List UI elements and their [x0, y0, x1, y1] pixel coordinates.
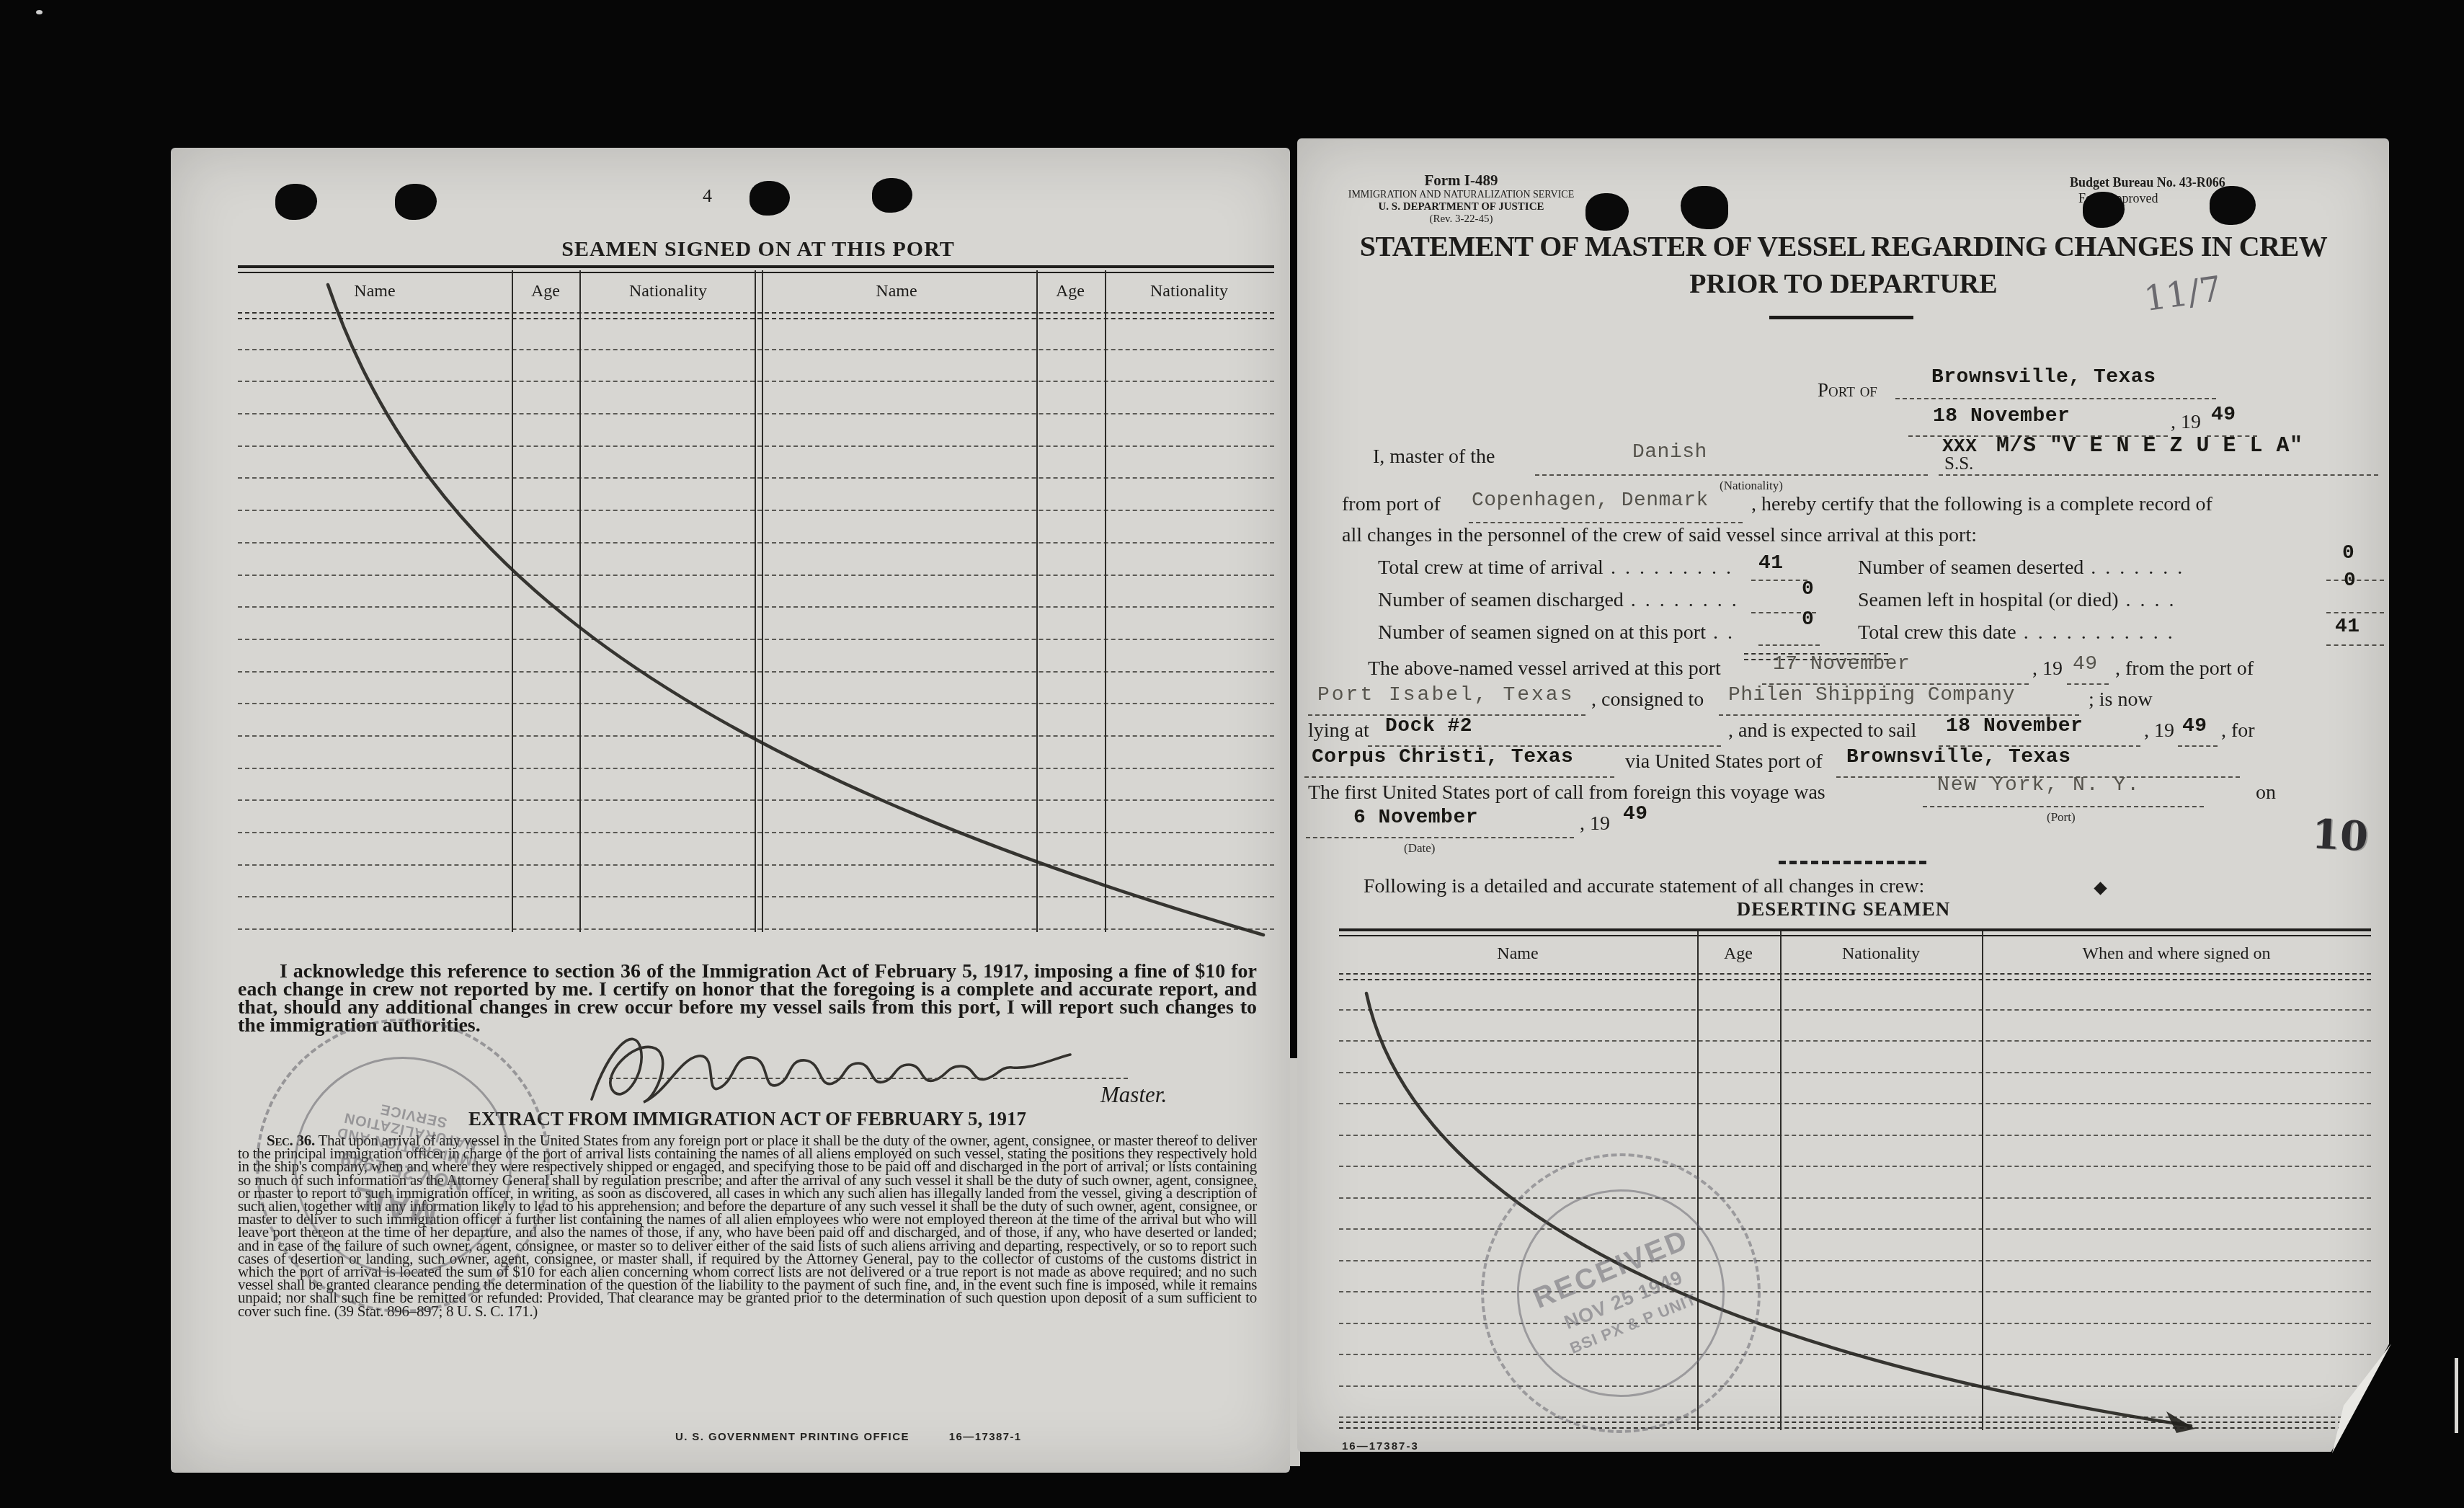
col-header-nationality-1: Nationality: [629, 282, 707, 301]
table-top-rule: [1339, 928, 2371, 936]
form-print-code: 16—17387-1: [949, 1431, 1022, 1443]
signature-line: [609, 1078, 1128, 1079]
stat-fill-line: [2326, 612, 2384, 613]
col-header-nationality: Nationality: [1842, 944, 1920, 964]
fill-line: [1304, 776, 1614, 778]
table-row: [1339, 1387, 2371, 1419]
stat-fill-line: [1751, 580, 1807, 581]
table-row: [1339, 1104, 2371, 1136]
col-header-age-1: Age: [531, 282, 560, 301]
table-row: [238, 318, 1274, 350]
stat-discharged-value: 0: [1802, 578, 1814, 600]
table-row: [238, 769, 1274, 802]
mid-separator-rule: [1779, 861, 1926, 864]
arrived-p1: The above-named vessel arrived at this p…: [1368, 657, 1721, 680]
table-row: [1339, 1073, 2371, 1105]
table-row: [238, 704, 1274, 737]
form-print-code: 16—17387-3: [1342, 1440, 1419, 1452]
date-caption: (Date): [1404, 841, 1435, 856]
page-number: 4: [703, 185, 712, 207]
col-header-name: Name: [1497, 944, 1538, 964]
received-stamp-inner: RECEIVED NOV 25 1949 BSI PX & P UNIT: [1486, 1158, 1756, 1428]
scan-speck: [36, 10, 43, 14]
arrived-p4: , consigned to: [1591, 688, 1704, 711]
handwritten-number-mark: 10: [2310, 810, 2369, 861]
table-row: [238, 414, 1274, 447]
certify-suffix: , hereby certify that the following is a…: [1751, 493, 2212, 516]
nationality-fill-line: [1535, 474, 1928, 476]
certify-line2: all changes in the personnel of the crew…: [1342, 524, 1977, 547]
table-row: [238, 544, 1274, 576]
ss-label: S.S.: [1944, 454, 1973, 474]
from-port-texas-value: Port Isabel, Texas: [1317, 684, 1574, 706]
port-of-label: Port of: [1818, 379, 1877, 402]
stat-arrival: Total crew at time of arrival. . . . . .…: [1378, 556, 1733, 580]
sail-date-value: 18 November: [1946, 715, 2083, 737]
scan-edge-artifact: [2455, 1358, 2458, 1433]
dock-value: Dock #2: [1385, 715, 1472, 737]
empty-table-rows: [238, 318, 1274, 930]
stat-total-value: 41: [2335, 616, 2360, 638]
table-row: [1339, 979, 2371, 1011]
form-revision: (Rev. 3-22-45): [1337, 213, 1585, 226]
ink-mark: [2094, 882, 2107, 895]
table-row: [1339, 1355, 2371, 1387]
arrived-p8: , 19: [2144, 719, 2174, 742]
table-row: [238, 866, 1274, 898]
agency-line2: U. S. DEPARTMENT OF JUSTICE: [1337, 201, 1585, 213]
master-label: Master.: [1100, 1082, 1167, 1108]
stat-fill-line: [1758, 644, 1820, 646]
stat-hospital-value: 0: [2344, 569, 2356, 592]
nationality-value: Danish: [1632, 441, 1707, 464]
first-port-value: New York, N. Y.: [1937, 774, 2140, 797]
table-row: [1339, 1042, 2371, 1073]
table-top-rule: [238, 265, 1274, 273]
form-title-line1: STATEMENT OF MASTER OF VESSEL REGARDING …: [1339, 229, 2348, 263]
arrived-p2: , 19: [2032, 657, 2063, 680]
arrived-p9: , for: [2221, 719, 2255, 742]
table-row: [238, 833, 1274, 866]
arrived-p6: lying at: [1308, 719, 1369, 742]
col-header-signed-on: When and where signed on: [2082, 944, 2270, 964]
arrived-p5: ; is now: [2089, 688, 2153, 711]
fill-line: [2067, 683, 2109, 685]
printing-office-footer: U. S. GOVERNMENT PRINTING OFFICE 16—1738…: [675, 1431, 1022, 1443]
table-row: [238, 350, 1274, 383]
table-row: [238, 382, 1274, 414]
statement-date-value: 18 November: [1933, 405, 2070, 427]
col-header-nationality-2: Nationality: [1150, 282, 1228, 301]
right-page: Form I-489 IMMIGRATION AND NATURALIZATIO…: [1297, 138, 2389, 1452]
col-header-name-1: Name: [354, 282, 395, 301]
table-row: [1339, 1011, 2371, 1042]
vessel-name-value: M/S "V E N E Z U E L A": [1996, 434, 2303, 458]
from-port-value: Copenhagen, Denmark: [1472, 489, 1709, 512]
from-port-fill-line: [1469, 522, 1743, 523]
budget-bureau-line: Budget Bureau No. 43-R066: [2070, 174, 2308, 190]
table-row: [238, 576, 1274, 608]
stat-fill-line: [2326, 644, 2384, 646]
arrived-p7: , and is expected to sail: [1728, 719, 1916, 742]
table-row: [238, 897, 1274, 930]
table-row: [238, 511, 1274, 544]
stat-total: Total crew this date. . . . . . . . . . …: [1858, 621, 2175, 644]
table-row: [238, 673, 1274, 705]
arrive-date-value: 17 November: [1773, 653, 1910, 675]
title-underline: [1769, 316, 1913, 319]
stat-hospital: Seamen left in hospital (or died). . . .: [1858, 589, 2176, 612]
fill-line: [2178, 745, 2218, 747]
year-prefix: , 19: [2171, 411, 2201, 434]
consignee-value: Philen Shipping Company: [1728, 684, 2015, 706]
arrived-p10: via United States port of: [1625, 750, 1823, 773]
table-bottom-rule: [1339, 1421, 2371, 1429]
port-caption: (Port): [2047, 810, 2076, 825]
arrive-year-value: 49: [2073, 653, 2098, 675]
stat-signed-on: Number of seamen signed on at this port.…: [1378, 621, 1735, 644]
stat-deserted-value: 0: [2342, 542, 2354, 564]
master-prefix: I, master of the: [1373, 445, 1495, 469]
arrived-p13: , 19: [1580, 812, 1610, 835]
col-header-age-2: Age: [1056, 282, 1085, 301]
call-date-value: 6 November: [1353, 807, 1478, 829]
port-fill-line: [1895, 398, 2216, 399]
call-year-value: 49: [1623, 803, 1648, 825]
table-row: [238, 447, 1274, 479]
form-number: Form I-489: [1337, 172, 1585, 189]
stat-signed-on-value: 0: [1802, 608, 1814, 631]
stat-arrival-value: 41: [1758, 552, 1784, 575]
arrived-p11: The first United States port of call fro…: [1308, 781, 1825, 804]
table-row: [1339, 1136, 2371, 1168]
printing-office-label: U. S. GOVERNMENT PRINTING OFFICE: [675, 1431, 909, 1443]
via-port-value: Brownsville, Texas: [1846, 746, 2071, 768]
year-value: 49: [2211, 404, 2236, 426]
fill-line: [1923, 806, 2204, 807]
table-row: [238, 801, 1274, 833]
left-page-title: SEAMEN SIGNED ON AT THIS PORT: [254, 237, 1263, 262]
col-header-name-2: Name: [876, 282, 917, 301]
port-of-value: Brownsville, Texas: [1931, 366, 2156, 389]
table-row: [238, 608, 1274, 640]
table-row: [1339, 1167, 2371, 1199]
nationality-caption: (Nationality): [1697, 479, 1805, 493]
mail-stamp-inner: MAIL NOV 25 1949 IMMIGRATION AND NATURAL…: [274, 1037, 532, 1295]
arrived-p12: on: [2256, 781, 2276, 804]
scanned-document: { "left_page": { "page_number": "4", "ti…: [0, 0, 2464, 1508]
col-header-age: Age: [1724, 944, 1753, 964]
arrived-p3: , from the port of: [2115, 657, 2254, 680]
from-port-label: from port of: [1342, 493, 1441, 516]
vessel-fill-line: [1939, 474, 2378, 476]
deserting-seamen-title: DESERTING SEAMEN: [1339, 898, 2348, 921]
sail-year-value: 49: [2182, 715, 2207, 737]
table-row: [238, 479, 1274, 511]
table-row: [238, 737, 1274, 769]
left-page: 4 SEAMEN SIGNED ON AT THIS PORT Name Age…: [171, 148, 1290, 1473]
agency-line1: IMMIGRATION AND NATURALIZATION SERVICE: [1337, 189, 1585, 201]
destination-value: Corpus Christi, Texas: [1312, 746, 1573, 768]
fill-line: [1306, 837, 1574, 838]
stat-discharged: Number of seamen discharged. . . . . . .…: [1378, 589, 1739, 612]
table-row: [1339, 1199, 2371, 1230]
form-id-block: Form I-489 IMMIGRATION AND NATURALIZATIO…: [1337, 172, 1585, 226]
stat-deserted: Number of seamen deserted. . . . . . .: [1858, 556, 2184, 580]
table-row: [238, 640, 1274, 673]
following-line: Following is a detailed and accurate sta…: [1364, 875, 1924, 898]
